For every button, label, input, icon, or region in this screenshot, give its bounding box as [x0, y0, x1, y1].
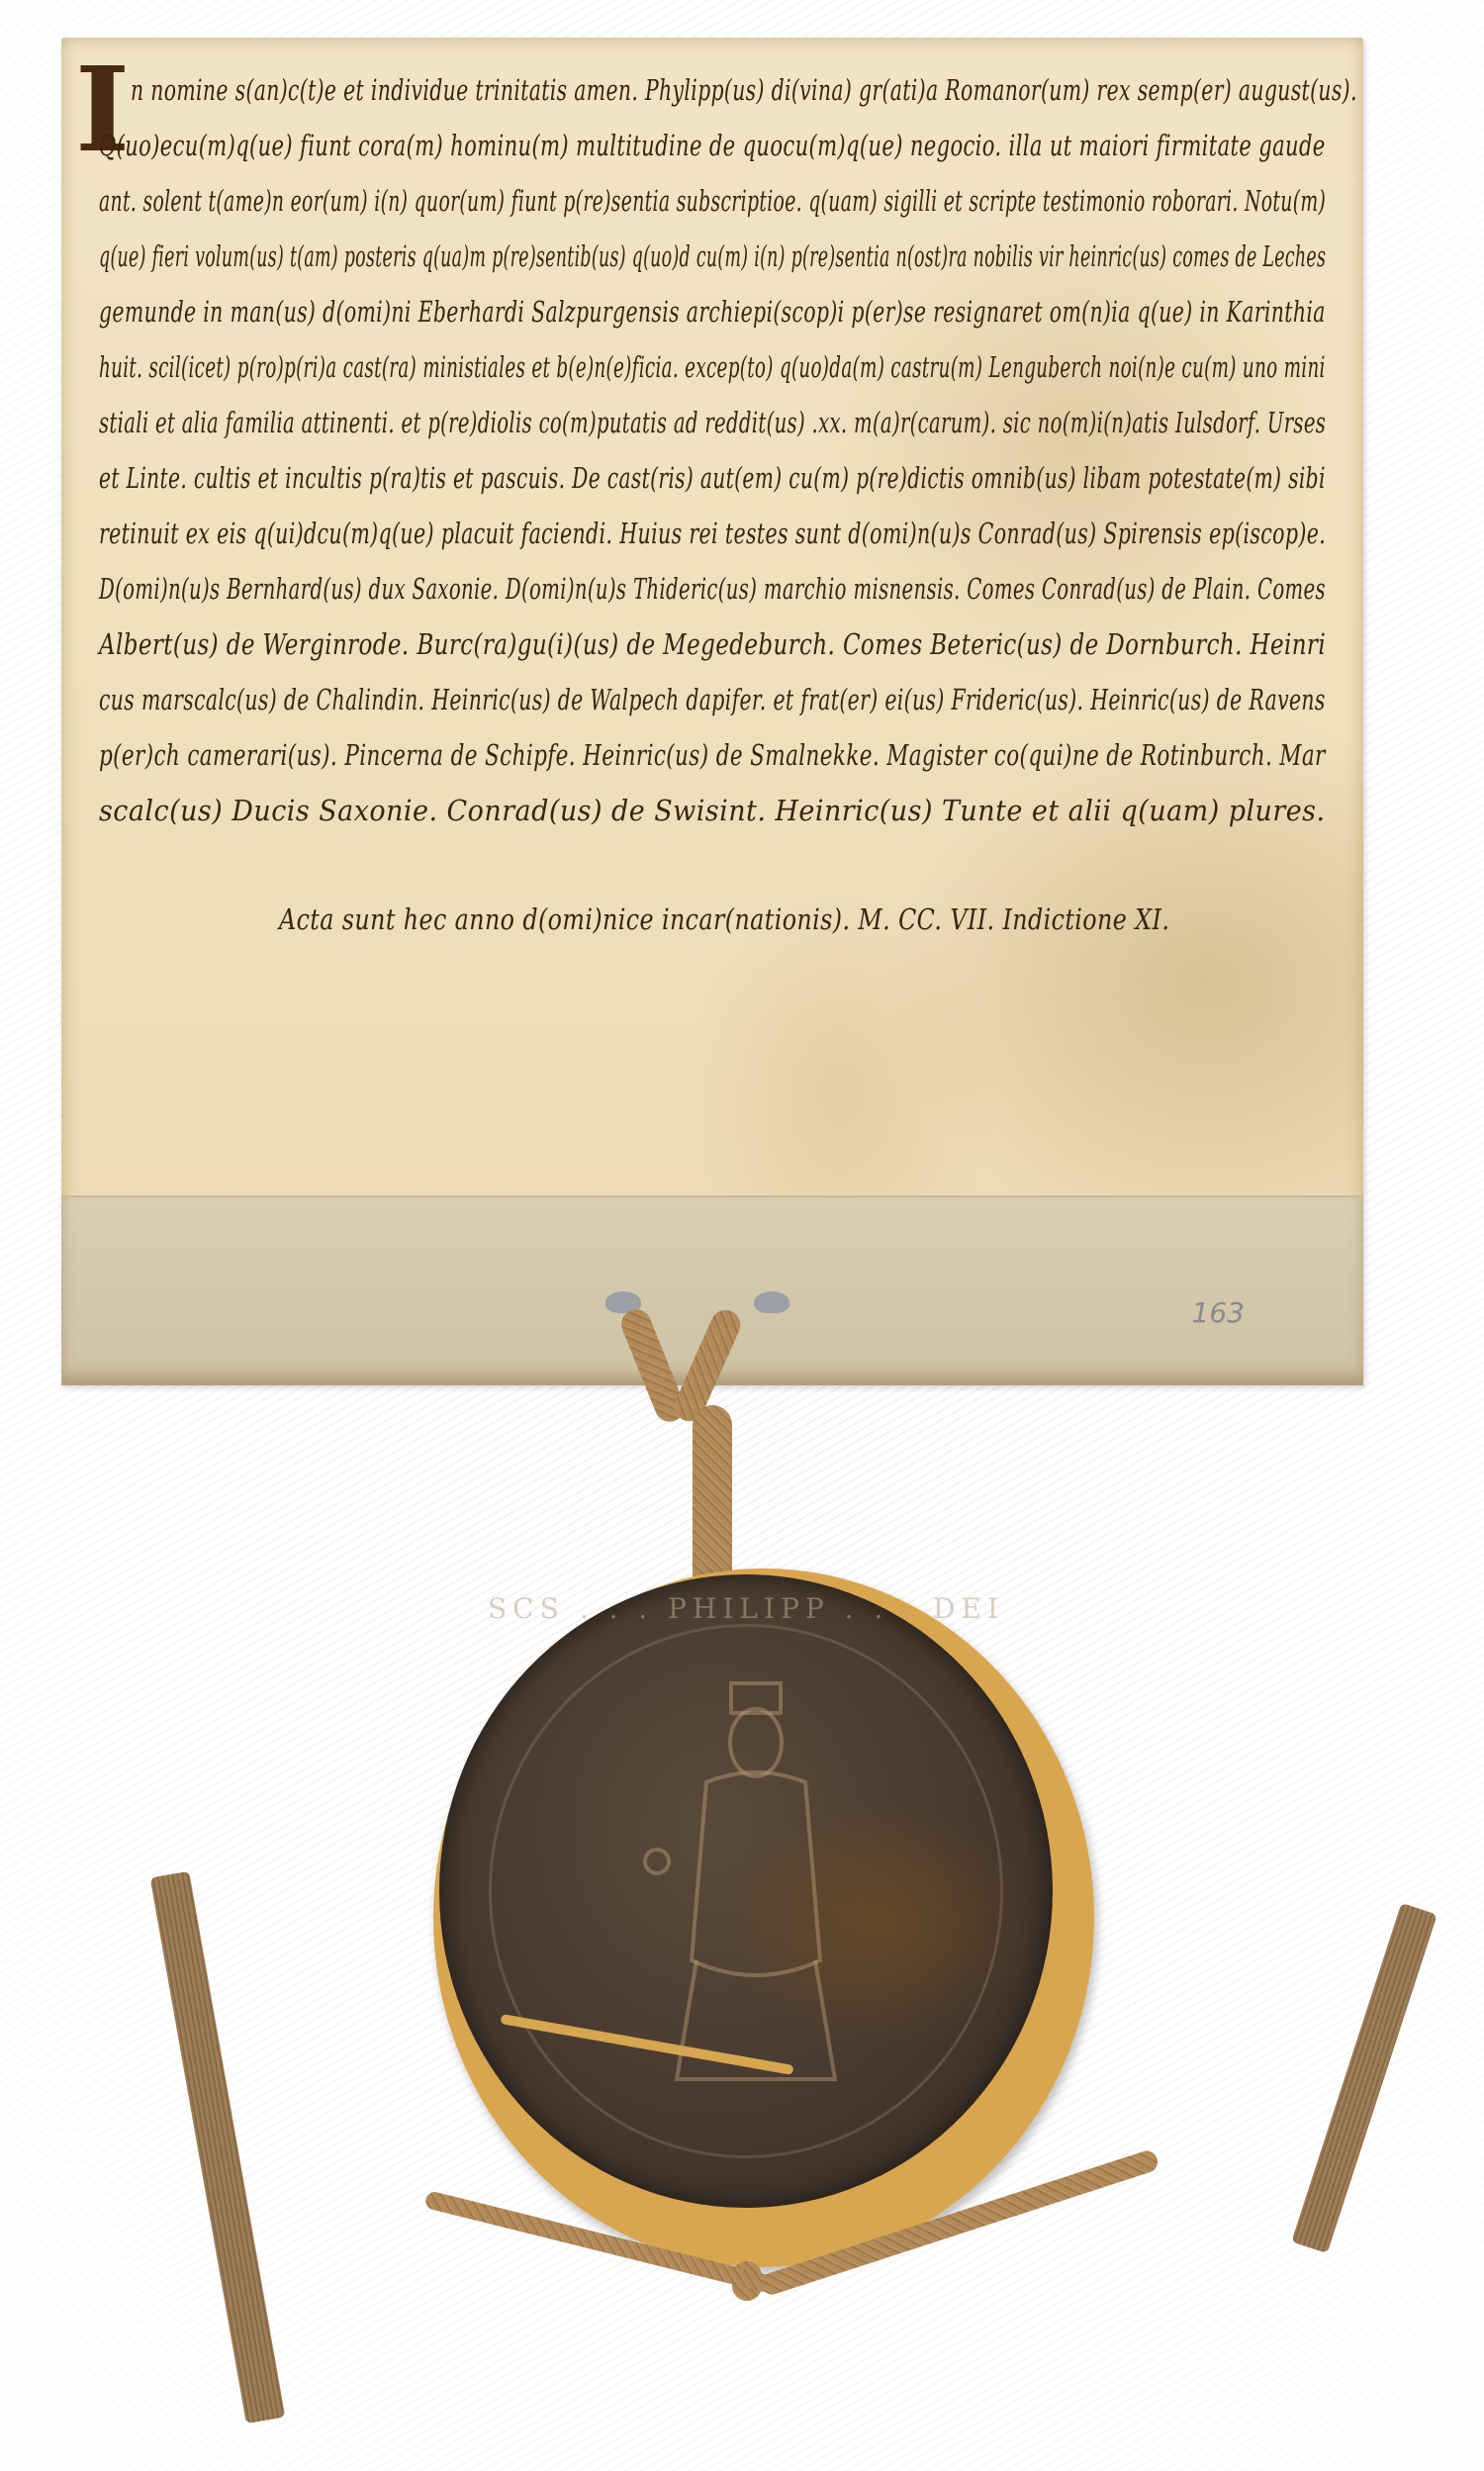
seal-legend: SCS . . . PHILIPP . . . DEI: [439, 1592, 1053, 1625]
seal-impression: SCS . . . PHILIPP . . . DEI: [439, 1574, 1053, 2208]
dating-clause: Acta sunt hec anno d(omi)nice incar(nati…: [279, 903, 1169, 936]
text-line-1: n nomine s(an)c(t)e et individue trinita…: [131, 73, 1357, 107]
text-line-5: gemunde in man(us) d(omi)ni Eberhardi Sa…: [99, 295, 1326, 329]
text-line-8: et Linte. cultis et incultis p(ra)tis et…: [99, 461, 1326, 495]
text-line-7: stiali et alia familia attinenti. et p(r…: [99, 406, 1326, 439]
text-line-4: q(ue) fieri volum(us) t(am) posteris q(u…: [99, 239, 1326, 273]
text-line-14: scalc(us) Ducis Saxonie. Conrad(us) de S…: [99, 794, 1326, 827]
text-line-11: Albert(us) de Werginrode. Burc(ra)gu(i)(…: [99, 627, 1326, 661]
text-line-12: cus marscalc(us) de Chalindin. Heinric(u…: [99, 683, 1326, 716]
text-line-6: huit. scil(icet) p(ro)p(ri)a cast(ra) mi…: [99, 350, 1326, 384]
archival-number: 163: [1192, 1296, 1245, 1329]
text-line-2: Q(uo)ecu(m)q(ue) fiunt cora(m) hominu(m)…: [99, 129, 1326, 162]
text-line-3: ant. solent t(ame)n eor(um) i(n) quor(um…: [99, 184, 1326, 218]
seal-cord-twist: [693, 1405, 732, 1593]
seal-cord-slit-right: [754, 1291, 789, 1313]
text-line-13: p(er)ch camerari(us). Pincerna de Schipf…: [99, 738, 1326, 772]
text-line-9: retinuit ex eis q(ui)dcu(m)q(ue) placuit…: [99, 517, 1326, 550]
text-line-10: D(omi)n(u)s Bernhard(us) dux Saxonie. D(…: [99, 572, 1326, 606]
wax-seal: SCS . . . PHILIPP . . . DEI: [433, 1568, 1094, 2267]
charter-parchment: I n nomine s(an)c(t)e et individue trini…: [61, 38, 1363, 1385]
